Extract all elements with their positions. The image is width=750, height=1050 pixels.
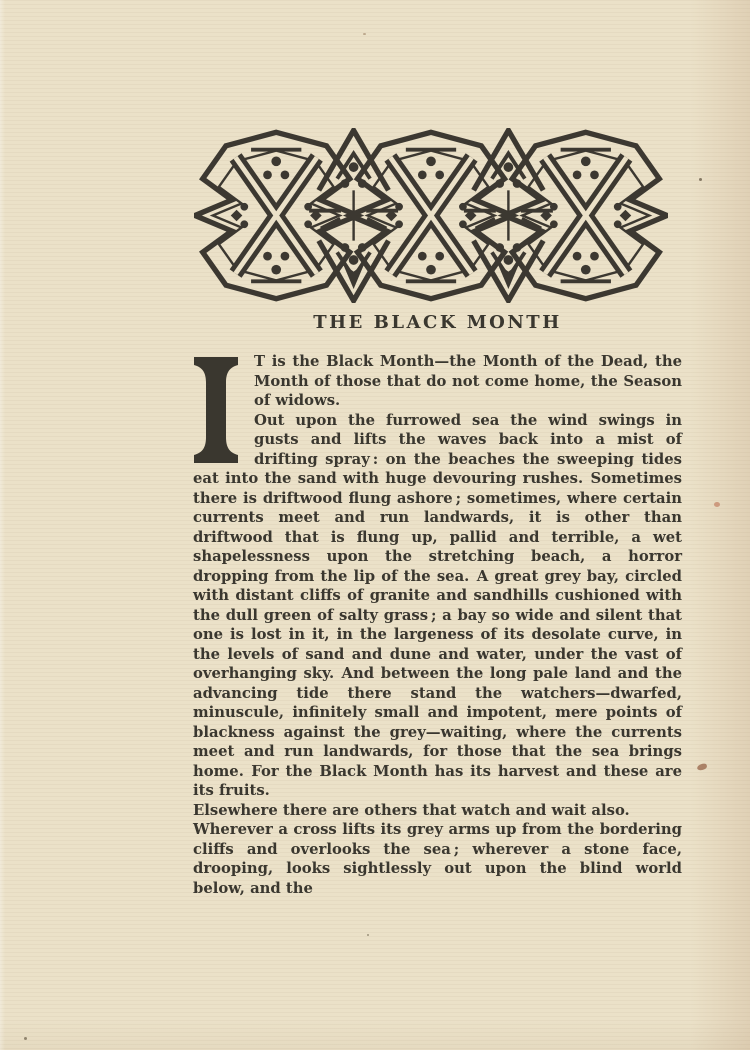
deco-medallion-icon (350, 132, 513, 298)
chapter-title: THE BLACK MONTH (193, 312, 682, 334)
paragraph-4: Wherever a cross lifts its grey arms up … (193, 820, 682, 898)
paragraph-3: Elsewhere there are others that watch an… (193, 801, 682, 821)
paragraph-1-text: T is the Black Month—the Month of the De… (254, 353, 682, 409)
foxing-speck (699, 178, 702, 181)
foxing-speck (24, 1037, 27, 1040)
paragraph-1: IT is the Black Month—the Month of the D… (193, 352, 682, 411)
body-text: IT is the Black Month—the Month of the D… (193, 352, 682, 898)
deco-medallion-icon (505, 132, 668, 298)
paragraph-2: Out upon the furrowed sea the wind swing… (193, 411, 682, 801)
foxing-speck (367, 934, 369, 936)
ornament-band-icon (194, 128, 668, 303)
deco-medallion-icon (195, 132, 358, 298)
foxing-speck (363, 33, 366, 35)
drop-cap-letter-shape (193, 356, 239, 464)
foxing-speck (714, 502, 720, 507)
drop-cap: I (193, 356, 239, 464)
foxing-speck (696, 763, 707, 771)
book-page: THE BLACK MONTH IT is the Black Month—th… (0, 0, 750, 1050)
